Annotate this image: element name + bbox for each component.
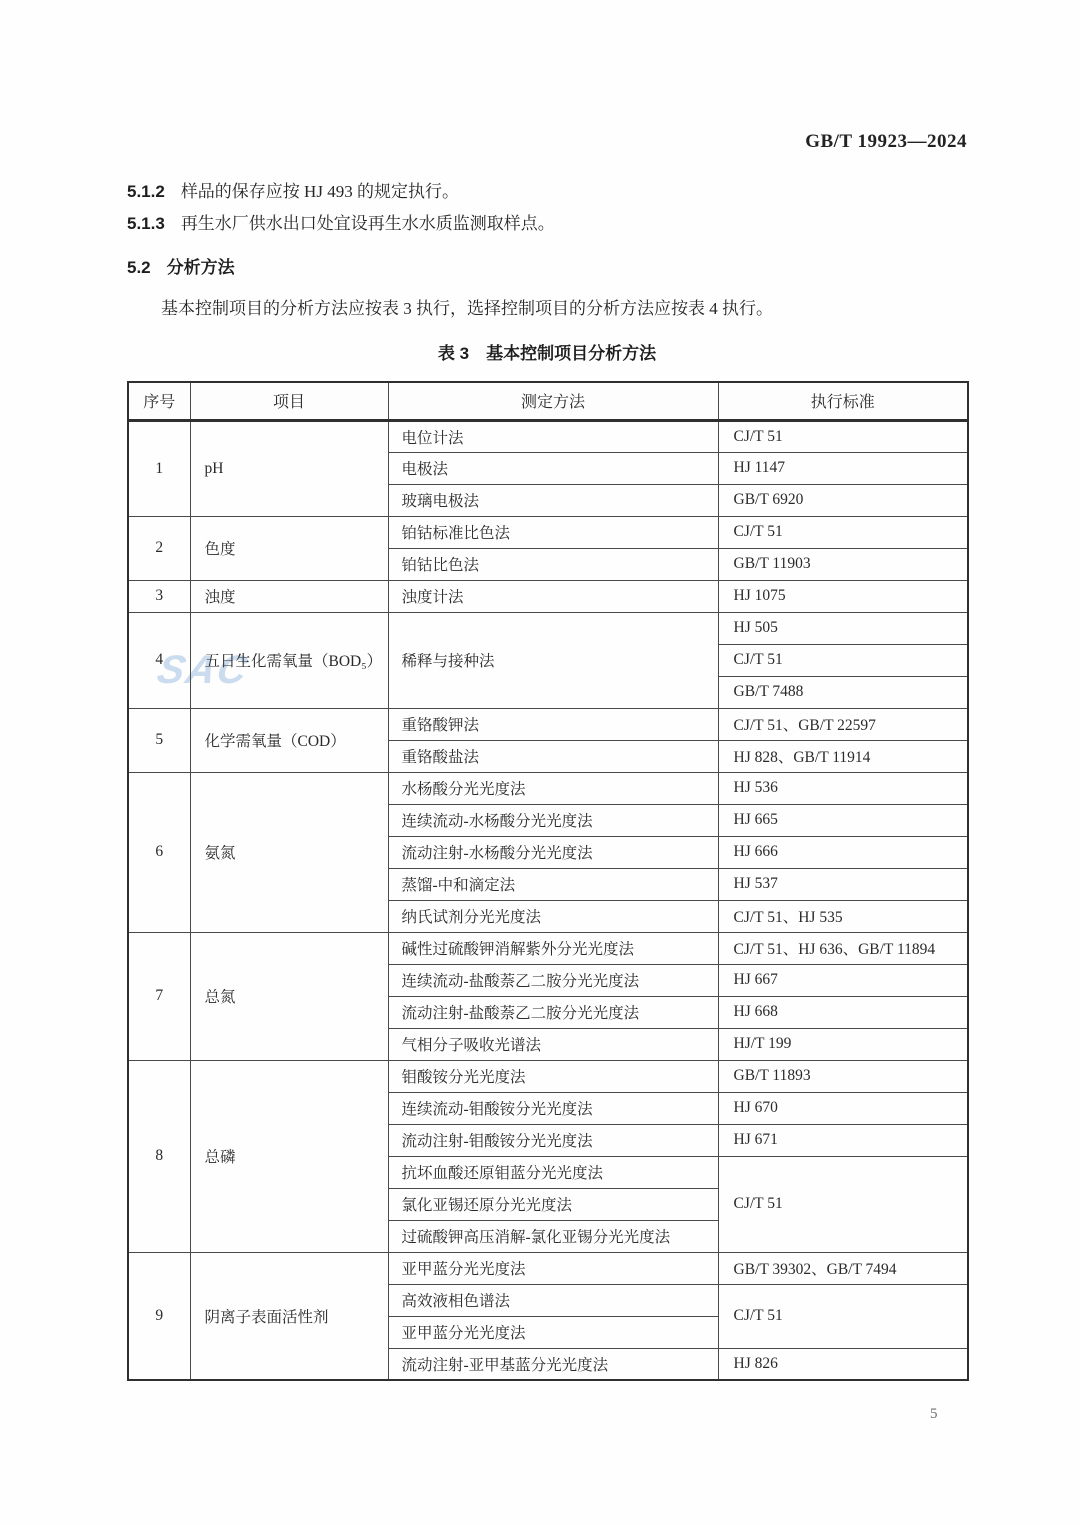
method-cell: 流动注射-亚甲基蓝分光光度法 [388, 1348, 718, 1380]
standard-cell: GB/T 39302、GB/T 7494 [718, 1252, 968, 1284]
header-seq: 序号 [128, 382, 190, 420]
method-cell: 重铬酸钾法 [388, 708, 718, 740]
method-cell: 亚甲蓝分光光度法 [388, 1252, 718, 1284]
clause-5-2-title: 分析方法 [167, 258, 235, 277]
standard-cell: HJ 1147 [718, 452, 968, 484]
seq-cell: 3 [128, 580, 190, 612]
table-3-caption: 表 3 基本控制项目分析方法 [127, 339, 967, 364]
method-cell: 玻璃电极法 [388, 484, 718, 516]
method-cell: 高效液相色谱法 [388, 1284, 718, 1316]
standard-number: GB/T 19923—2024 [805, 131, 967, 153]
item-cell: 总磷 [190, 1060, 388, 1252]
method-cell: 浊度计法 [388, 580, 718, 612]
clause-5-1-3-label: 5.1.3 [127, 214, 165, 233]
method-cell: 电位计法 [388, 420, 718, 452]
standard-cell: CJ/T 51 [718, 644, 968, 676]
standard-cell: CJ/T 51、HJ 636、GB/T 11894 [718, 932, 968, 964]
standard-cell: CJ/T 51 [718, 516, 968, 548]
page-number: 5 [930, 1406, 938, 1423]
standard-cell: CJ/T 51 [718, 1156, 968, 1252]
seq-cell: 8 [128, 1060, 190, 1252]
seq-cell: 1 [128, 420, 190, 516]
table-row: 4五日生化需氧量（BOD₅）稀释与接种法HJ 505 [128, 612, 968, 644]
standard-cell: CJ/T 51、HJ 535 [718, 900, 968, 932]
standard-cell: GB/T 11893 [718, 1060, 968, 1092]
seq-cell: 6 [128, 772, 190, 932]
method-cell: 流动注射-盐酸萘乙二胺分光光度法 [388, 996, 718, 1028]
clause-5-2-label: 5.2 [127, 258, 151, 277]
standard-cell: CJ/T 51、GB/T 22597 [718, 708, 968, 740]
seq-cell: 5 [128, 708, 190, 772]
table-row: 9阴离子表面活性剂亚甲蓝分光光度法GB/T 39302、GB/T 7494 [128, 1252, 968, 1284]
table-row: 7总氮碱性过硫酸钾消解紫外分光光度法CJ/T 51、HJ 636、GB/T 11… [128, 932, 968, 964]
standard-cell: GB/T 7488 [718, 676, 968, 708]
method-cell: 铂钴标准比色法 [388, 516, 718, 548]
item-cell: 阴离子表面活性剂 [190, 1252, 388, 1380]
table-row: 8总磷钼酸铵分光光度法GB/T 11893 [128, 1060, 968, 1092]
standard-cell: HJ/T 199 [718, 1028, 968, 1060]
seq-cell: 4 [128, 612, 190, 708]
item-cell: 五日生化需氧量（BOD₅） [190, 612, 388, 708]
standard-cell: GB/T 6920 [718, 484, 968, 516]
seq-cell: 7 [128, 932, 190, 1060]
item-cell: 氨氮 [190, 772, 388, 932]
document-page: SAC GB/T 19923—2024 5.1.2样品的保存应按 HJ 493 … [0, 0, 1080, 1525]
seq-cell: 9 [128, 1252, 190, 1380]
header-item: 项目 [190, 382, 388, 420]
method-cell: 亚甲蓝分光光度法 [388, 1316, 718, 1348]
method-cell: 电极法 [388, 452, 718, 484]
item-cell: 色度 [190, 516, 388, 580]
clause-5-1-2-label: 5.1.2 [127, 182, 165, 201]
item-cell: 总氮 [190, 932, 388, 1060]
standard-cell: HJ 826 [718, 1348, 968, 1380]
standard-cell: CJ/T 51 [718, 1284, 968, 1348]
analysis-method-paragraph: 基本控制项目的分析方法应按表 3 执行，选择控制项目的分析方法应按表 4 执行。 [127, 294, 967, 319]
item-cell: 化学需氧量（COD） [190, 708, 388, 772]
method-cell: 气相分子吸收光谱法 [388, 1028, 718, 1060]
basic-control-items-table: 序号 项目 测定方法 执行标准 1pH电位计法CJ/T 51电极法HJ 1147… [127, 381, 969, 1381]
table-header-row: 序号 项目 测定方法 执行标准 [128, 382, 968, 420]
clause-5-2-heading: 5.2分析方法 [127, 253, 235, 278]
method-cell: 钼酸铵分光光度法 [388, 1060, 718, 1092]
item-cell: 浊度 [190, 580, 388, 612]
clause-5-1-3-text: 再生水厂供水出口处宜设再生水水质监测取样点。 [181, 214, 555, 233]
standard-cell: HJ 670 [718, 1092, 968, 1124]
item-cell: pH [190, 420, 388, 516]
method-cell: 连续流动-盐酸萘乙二胺分光光度法 [388, 964, 718, 996]
method-cell: 水杨酸分光光度法 [388, 772, 718, 804]
clause-5-1-2: 5.1.2样品的保存应按 HJ 493 的规定执行。 [127, 177, 459, 202]
standard-cell: HJ 671 [718, 1124, 968, 1156]
method-cell: 碱性过硫酸钾消解紫外分光光度法 [388, 932, 718, 964]
standard-cell: HJ 828、GB/T 11914 [718, 740, 968, 772]
table-row: 6氨氮水杨酸分光光度法HJ 536 [128, 772, 968, 804]
standard-cell: HJ 666 [718, 836, 968, 868]
method-cell: 连续流动-水杨酸分光光度法 [388, 804, 718, 836]
method-cell: 纳氏试剂分光光度法 [388, 900, 718, 932]
standard-cell: HJ 1075 [718, 580, 968, 612]
table-row: 1pH电位计法CJ/T 51 [128, 420, 968, 452]
table-body: 1pH电位计法CJ/T 51电极法HJ 1147玻璃电极法GB/T 69202色… [128, 420, 968, 1380]
standard-cell: HJ 668 [718, 996, 968, 1028]
standard-cell: HJ 505 [718, 612, 968, 644]
table-row: 5化学需氧量（COD）重铬酸钾法CJ/T 51、GB/T 22597 [128, 708, 968, 740]
standard-cell: HJ 665 [718, 804, 968, 836]
method-cell: 连续流动-钼酸铵分光光度法 [388, 1092, 718, 1124]
header-standard: 执行标准 [718, 382, 968, 420]
table-row: 3浊度浊度计法HJ 1075 [128, 580, 968, 612]
seq-cell: 2 [128, 516, 190, 580]
method-cell: 氯化亚锡还原分光光度法 [388, 1188, 718, 1220]
method-cell: 铂钴比色法 [388, 548, 718, 580]
header-method: 测定方法 [388, 382, 718, 420]
method-cell: 流动注射-水杨酸分光光度法 [388, 836, 718, 868]
standard-cell: CJ/T 51 [718, 420, 968, 452]
table-row: 2色度铂钴标准比色法CJ/T 51 [128, 516, 968, 548]
clause-5-1-3: 5.1.3再生水厂供水出口处宜设再生水水质监测取样点。 [127, 209, 555, 234]
method-cell: 过硫酸钾高压消解-氯化亚锡分光光度法 [388, 1220, 718, 1252]
method-cell: 抗坏血酸还原钼蓝分光光度法 [388, 1156, 718, 1188]
clause-5-1-2-text: 样品的保存应按 HJ 493 的规定执行。 [181, 182, 459, 201]
standard-cell: HJ 537 [718, 868, 968, 900]
method-cell: 稀释与接种法 [388, 612, 718, 708]
method-cell: 重铬酸盐法 [388, 740, 718, 772]
standard-cell: GB/T 11903 [718, 548, 968, 580]
method-cell: 流动注射-钼酸铵分光光度法 [388, 1124, 718, 1156]
standard-cell: HJ 536 [718, 772, 968, 804]
standard-cell: HJ 667 [718, 964, 968, 996]
method-cell: 蒸馏-中和滴定法 [388, 868, 718, 900]
